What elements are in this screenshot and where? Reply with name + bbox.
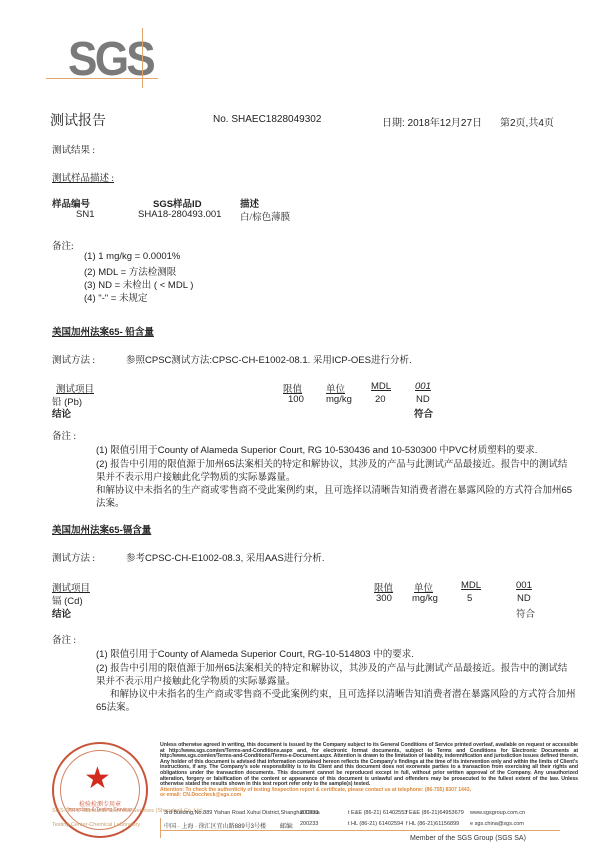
star-icon: ★ [84, 764, 111, 794]
doccheck-email[interactable]: or email: CN.Doccheck@sgs.com [160, 792, 241, 798]
logo-divider-vertical [142, 28, 143, 88]
description-value: 白/棕色薄膜 [240, 209, 290, 223]
col-test-item: 测试项目 [52, 580, 90, 594]
legal-disclaimer: Unless otherwise agreed in writing, this… [160, 743, 578, 799]
fax-hl: f HL (86-21)61156899 [406, 821, 459, 827]
postcode-cn-label: 邮编: [280, 821, 294, 830]
report-date: 日期: 2018年12月27日 [382, 114, 482, 129]
conclusion-value: 符合 [516, 606, 535, 620]
unit-value: mg/kg [412, 593, 438, 604]
page-indicator: 第2页,共4页 [500, 114, 554, 129]
mdl-value: 5 [467, 593, 472, 604]
tel-ee: t E&E (86-21) 61402553 [348, 810, 407, 816]
sgs-logo: SGS [46, 28, 158, 88]
analyte-name: 镉 (Cd) [52, 593, 83, 607]
note-item: (2) 报告中引用的限值源于加州65法案相关的特定和解协议，其涉及的产品与此测试… [96, 458, 576, 484]
results-label: 测试结果 : [52, 142, 95, 156]
result-value: ND [517, 593, 531, 604]
member-statement: Member of the SGS Group (SGS SA) [410, 835, 526, 842]
col-test-item: 测试项目 [56, 381, 94, 395]
col-sample-no: 样品编号 [52, 196, 90, 210]
col-sample-001: 001 [415, 381, 431, 392]
footer-divider-vertical [160, 818, 161, 838]
stamp-lab-name: Testing Center-Chemical Laboratory [52, 822, 140, 828]
note-item: 和解协议中未指名的生产商或零售商不受此案例约束，且可选择以清晰告知消费者潜在暴露… [96, 688, 576, 714]
limit-value: 100 [288, 394, 304, 405]
conclusion-label: 结论 [52, 606, 71, 620]
fax-ee: f E&E (86-21)64953679 [406, 810, 464, 816]
method-text: 参照CPSC测试方法:CPSC-CH-E1002-08.1. 采用ICP-OES… [126, 352, 412, 366]
remark-item: (2) MDL = 方法检测限 [84, 264, 176, 278]
method-label: 测试方法 : [52, 550, 95, 564]
note-item: (1) 限值引用于County of Alameda Superior Cour… [96, 444, 576, 457]
note-item: (2) 报告中引用的限值源于加州65法案相关的特定和解协议，其涉及的产品与此测试… [96, 662, 576, 688]
note-item: 和解协议中未指名的生产商或零售商不受此案例约束，且可选择以清晰告知消费者潜在暴露… [96, 484, 576, 510]
report-number: No. SHAEC1828049302 [213, 114, 321, 125]
address-cn: 中国 · 上海 · 徐汇区宜山路889号3号楼 [164, 821, 266, 830]
limit-value: 300 [376, 593, 392, 604]
method-text: 参考CPSC-CH-E1002-08.3, 采用AAS进行分析. [126, 550, 325, 564]
contact-email[interactable]: e sgs.china@sgs.com [470, 821, 524, 827]
method-label: 测试方法 : [52, 352, 95, 366]
section-heading-cadmium: 美国加州法案65-镉含量 [52, 522, 151, 536]
address-en: 3rd Building,No.889 Yishan Road Xuhui Di… [164, 810, 320, 816]
sample-no-value: SN1 [76, 209, 94, 220]
report-title: 测试报告 [50, 110, 106, 130]
sgs-id-value: SHA18-280493.001 [138, 209, 221, 220]
col-mdl: MDL [371, 381, 391, 392]
website-link[interactable]: www.sgsgroup.com.cn [470, 810, 525, 816]
postcode-cn: 200233 [300, 821, 318, 827]
tel-hl: t HL (86-21) 61402594 [348, 821, 403, 827]
note-item: (1) 限值引用于County of Alameda Superior Cour… [96, 648, 576, 661]
col-mdl: MDL [461, 580, 481, 591]
notes-label: 备注 : [52, 428, 76, 442]
conclusion-label: 结论 [52, 406, 71, 420]
notes-label: 备注 : [52, 632, 76, 646]
col-limit: 限值 [283, 381, 302, 395]
remark-item: (4) "-" = 未规定 [84, 290, 148, 304]
remarks-label: 备注: [52, 238, 74, 252]
col-limit: 限值 [374, 580, 393, 594]
conclusion-value: 符合 [414, 406, 433, 420]
col-description: 描述 [240, 196, 259, 210]
col-unit: 单位 [414, 580, 433, 594]
col-unit: 单位 [326, 381, 345, 395]
postcode-en: 200233 [300, 810, 318, 816]
section-heading-lead: 美国加州法案65- 铅含量 [52, 324, 154, 338]
col-sgs-id: SGS样品ID [153, 196, 202, 210]
disclaimer-text: Unless otherwise agreed in writing, this… [160, 742, 578, 787]
result-value: ND [416, 394, 430, 405]
col-sample-001: 001 [516, 580, 532, 591]
sample-desc-heading: 测试样品描述 : [52, 170, 114, 184]
mdl-value: 20 [375, 394, 386, 405]
unit-value: mg/kg [326, 394, 352, 405]
footer-divider [160, 830, 560, 831]
remark-item: (1) 1 mg/kg = 0.0001% [84, 251, 180, 262]
remark-item: (3) ND = 未检出 ( < MDL ) [84, 277, 193, 291]
